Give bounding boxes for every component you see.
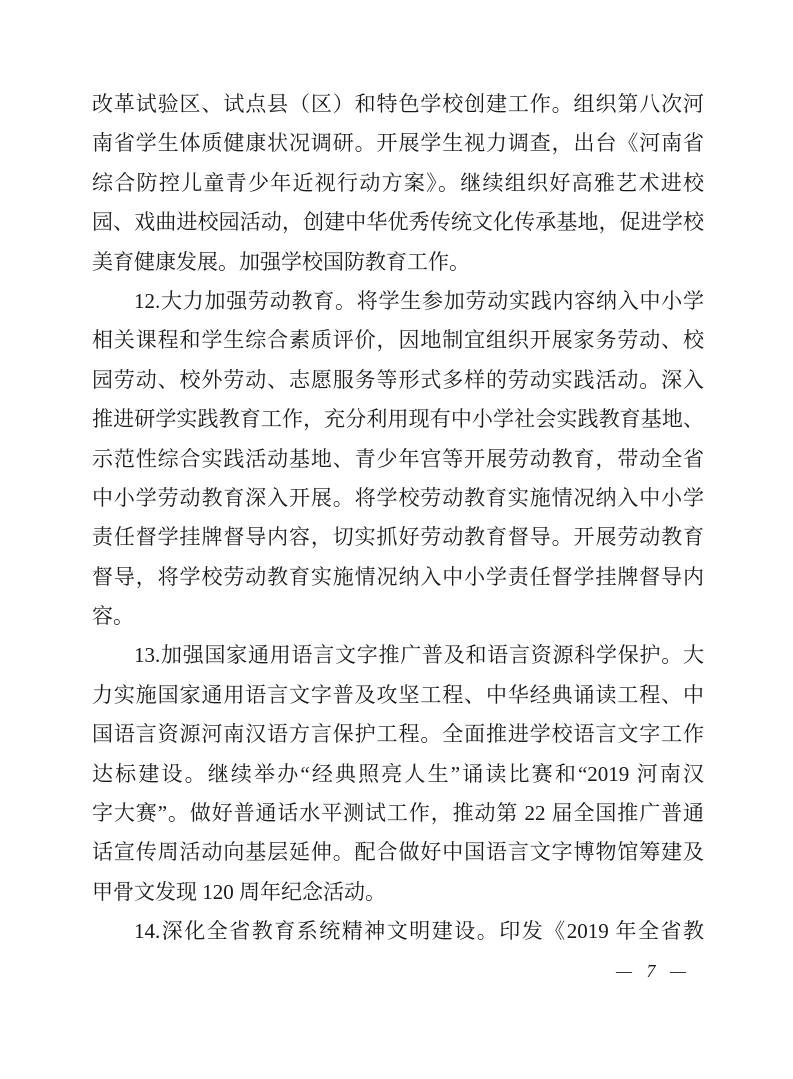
- text-line: 力实施国家通用语言文字普及攻坚工程、中华经典诵读工程、中: [92, 676, 704, 715]
- line-text: 推进研学实践教育工作，充分利用现有中小学社会实践教育基地、: [92, 407, 704, 431]
- line-text: 印发《2019 年全省教: [499, 919, 704, 943]
- text-line: 美育健康发展。加强学校国防教育工作。: [92, 243, 704, 282]
- text-line: 南省学生体质健康状况调研。开展学生视力调查，出台《河南省: [92, 124, 704, 163]
- document-page: 改革试验区、试点县（区）和特色学校创建工作。组织第八次河南省学生体质健康状况调研…: [0, 0, 793, 1079]
- text-line: 字大赛”。做好普通话水平测试工作，推动第 22 届全国推广普通: [92, 794, 704, 833]
- line-text: 相关课程和学生综合素质评价，因地制宜组织开展家务劳动、校: [92, 328, 704, 352]
- line-text: 中小学劳动教育深入开展。将学校劳动教育实施情况纳入中小学: [92, 486, 704, 510]
- line-text: 达标建设。继续举办“经典照亮人生”诵读比赛和“2019 河南汉: [92, 762, 704, 786]
- line-text: 示范性综合实践活动基地、青少年宫等开展劳动教育，带动全省: [92, 447, 704, 471]
- line-text: 将学生参加劳动实践内容纳入中小学: [357, 289, 704, 313]
- text-line: 园、戏曲进校园活动，创建中华优秀传统文化传承基地，促进学校: [92, 203, 704, 242]
- text-line: 达标建设。继续举办“经典照亮人生”诵读比赛和“2019 河南汉: [92, 755, 704, 794]
- text-line: 14.深化全省教育系统精神文明建设。印发《2019 年全省教: [92, 912, 704, 951]
- line-text: 美育健康发展。加强学校国防教育工作。: [92, 250, 470, 274]
- line-text: 园劳动、校外劳动、志愿服务等形式多样的劳动实践活动。深入: [92, 368, 704, 392]
- line-text: 督导，将学校劳动教育实施情况纳入中小学责任督学挂牌督导内: [92, 565, 704, 589]
- text-line: 容。: [92, 597, 704, 636]
- line-text: 责任督学挂牌督导内容，切实抓好劳动教育督导。开展劳动教育: [92, 525, 704, 549]
- text-line: 责任督学挂牌督导内容，切实抓好劳动教育督导。开展劳动教育: [92, 518, 704, 557]
- text-line: 中小学劳动教育深入开展。将学校劳动教育实施情况纳入中小学: [92, 479, 704, 518]
- document-body: 改革试验区、试点县（区）和特色学校创建工作。组织第八次河南省学生体质健康状况调研…: [92, 85, 704, 952]
- line-text: 综合防控儿童青少年近视行动方案》。继续组织好高雅艺术进校: [92, 171, 704, 195]
- line-text: 容。: [92, 604, 134, 628]
- text-line: 推进研学实践教育工作，充分利用现有中小学社会实践教育基地、: [92, 400, 704, 439]
- text-line: 改革试验区、试点县（区）和特色学校创建工作。组织第八次河: [92, 85, 704, 124]
- text-line: 甲骨文发现 120 周年纪念活动。: [92, 873, 704, 912]
- line-text: 改革试验区、试点县（区）和特色学校创建工作。组织第八次河: [92, 92, 704, 116]
- text-line: 13.加强国家通用语言文字推广普及和语言资源科学保护。大: [92, 636, 704, 675]
- text-line: 相关课程和学生综合素质评价，因地制宜组织开展家务劳动、校: [92, 321, 704, 360]
- paragraph-lead: 13.加强国家通用语言文字推广普及和语言资源科学保护。: [134, 643, 683, 667]
- line-text: 大: [683, 643, 704, 667]
- line-text: 力实施国家通用语言文字普及攻坚工程、中华经典诵读工程、中: [92, 683, 704, 707]
- line-text: 南省学生体质健康状况调研。开展学生视力调查，出台《河南省: [92, 131, 704, 155]
- line-text: 园、戏曲进校园活动，创建中华优秀传统文化传承基地，促进学校: [92, 210, 704, 234]
- text-line: 园劳动、校外劳动、志愿服务等形式多样的劳动实践活动。深入: [92, 361, 704, 400]
- line-text: 字大赛”。做好普通话水平测试工作，推动第 22 届全国推广普通: [92, 801, 704, 825]
- text-line: 国语言资源河南汉语方言保护工程。全面推进学校语言文字工作: [92, 715, 704, 754]
- line-text: 国语言资源河南汉语方言保护工程。全面推进学校语言文字工作: [92, 722, 704, 746]
- text-line: 12.大力加强劳动教育。将学生参加劳动实践内容纳入中小学: [92, 282, 704, 321]
- paragraph-lead: 12.大力加强劳动教育。: [134, 289, 357, 313]
- line-text: 甲骨文发现 120 周年纪念活动。: [92, 880, 386, 904]
- text-line: 话宣传周活动向基层延伸。配合做好中国语言文字博物馆筹建及: [92, 833, 704, 872]
- paragraph-lead: 14.深化全省教育系统精神文明建设。: [134, 919, 499, 943]
- text-line: 督导，将学校劳动教育实施情况纳入中小学责任督学挂牌督导内: [92, 558, 704, 597]
- page-number: — 7 —: [616, 957, 687, 985]
- text-line: 示范性综合实践活动基地、青少年宫等开展劳动教育，带动全省: [92, 440, 704, 479]
- line-text: 话宣传周活动向基层延伸。配合做好中国语言文字博物馆筹建及: [92, 840, 704, 864]
- text-line: 综合防控儿童青少年近视行动方案》。继续组织好高雅艺术进校: [92, 164, 704, 203]
